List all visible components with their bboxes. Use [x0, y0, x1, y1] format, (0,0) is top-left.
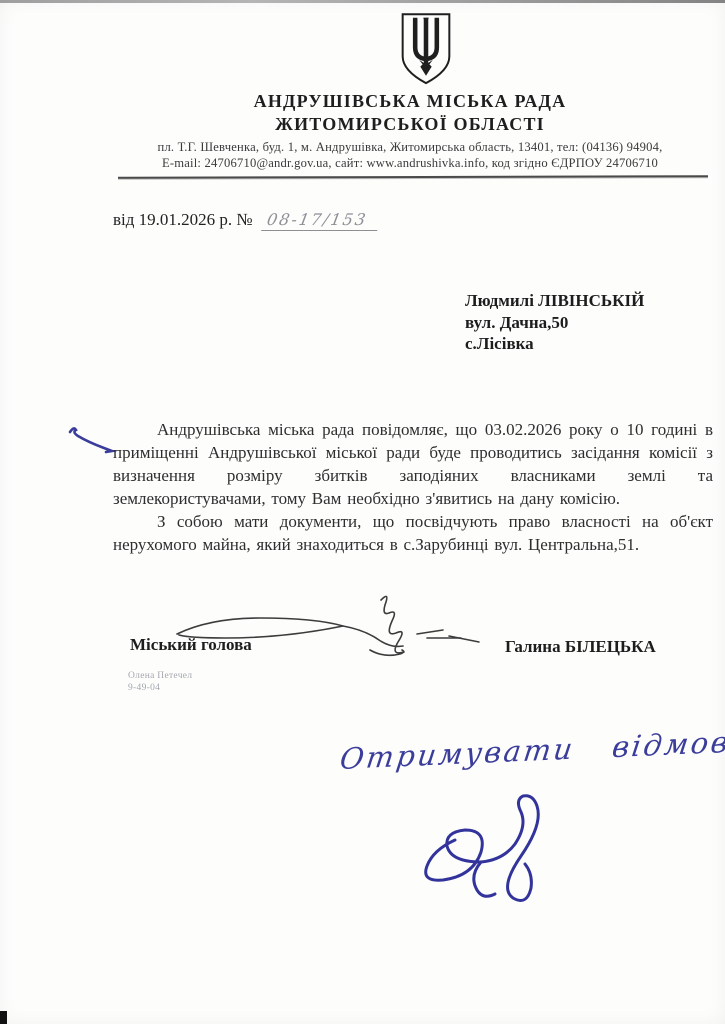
executor-name: Олена Петечел [128, 671, 192, 683]
org-name-line1: АНДРУШІВСЬКА МІСЬКА РАДА [110, 90, 710, 113]
recipient-signature-scribble [403, 778, 593, 913]
scanned-letter-page: АНДРУШІВСЬКА МІСЬКА РАДА ЖИТОМИРСЬКОЇ ОБ… [0, 0, 725, 1024]
body-paragraph-2: З собою мати документи, що посвідчують п… [113, 510, 713, 556]
recipient-name: Людмилі ЛІВІНСЬКІЙ [465, 290, 644, 312]
letterhead: АНДРУШІВСЬКА МІСЬКА РАДА ЖИТОМИРСЬКОЇ ОБ… [110, 90, 710, 171]
ukraine-tryzub-coat-of-arms-icon [394, 12, 458, 86]
letterhead-divider [118, 175, 708, 179]
body-paragraph-1: Андрушівська міська рада повідомляє, що … [113, 418, 713, 510]
handwritten-word-2: відмовилась [610, 720, 725, 764]
scan-corner-artifact [0, 1011, 7, 1024]
recipient-block: Людмилі ЛІВІНСЬКІЙ вул. Дачна,50 с.Лісів… [465, 290, 644, 355]
date-label: від 19.01.2026 р. № [113, 210, 253, 229]
executor-phone: 9-49-04 [128, 683, 192, 695]
signer-name: Галина БІЛЕЦЬКА [505, 637, 656, 657]
recipient-street: вул. Дачна,50 [465, 312, 644, 334]
handwritten-ref-number: 08-17/153 [261, 210, 381, 231]
signer-title: Міський голова [130, 635, 252, 655]
handwritten-word-1: Отримувати [338, 732, 577, 776]
scan-top-edge-artifact [0, 0, 725, 3]
org-address-line1: пл. Т.Г. Шевченка, буд. 1, м. Андрушівка… [110, 139, 710, 155]
letter-body: Андрушівська міська рада повідомляє, що … [113, 418, 713, 556]
org-address-line2: E-mail: 24706710@andr.gov.ua, сайт: www.… [110, 155, 710, 171]
org-name-line2: ЖИТОМИРСЬКОЇ ОБЛАСТІ [110, 113, 710, 136]
reference-line: від 19.01.2026 р. № 08-17/153 [113, 210, 379, 231]
recipient-village: с.Лісівка [465, 333, 644, 355]
executor-block: Олена Петечел 9-49-04 [128, 671, 192, 694]
mayor-signature-scribble [165, 588, 485, 673]
handwritten-note: Отримувати відмовилась [338, 724, 725, 776]
